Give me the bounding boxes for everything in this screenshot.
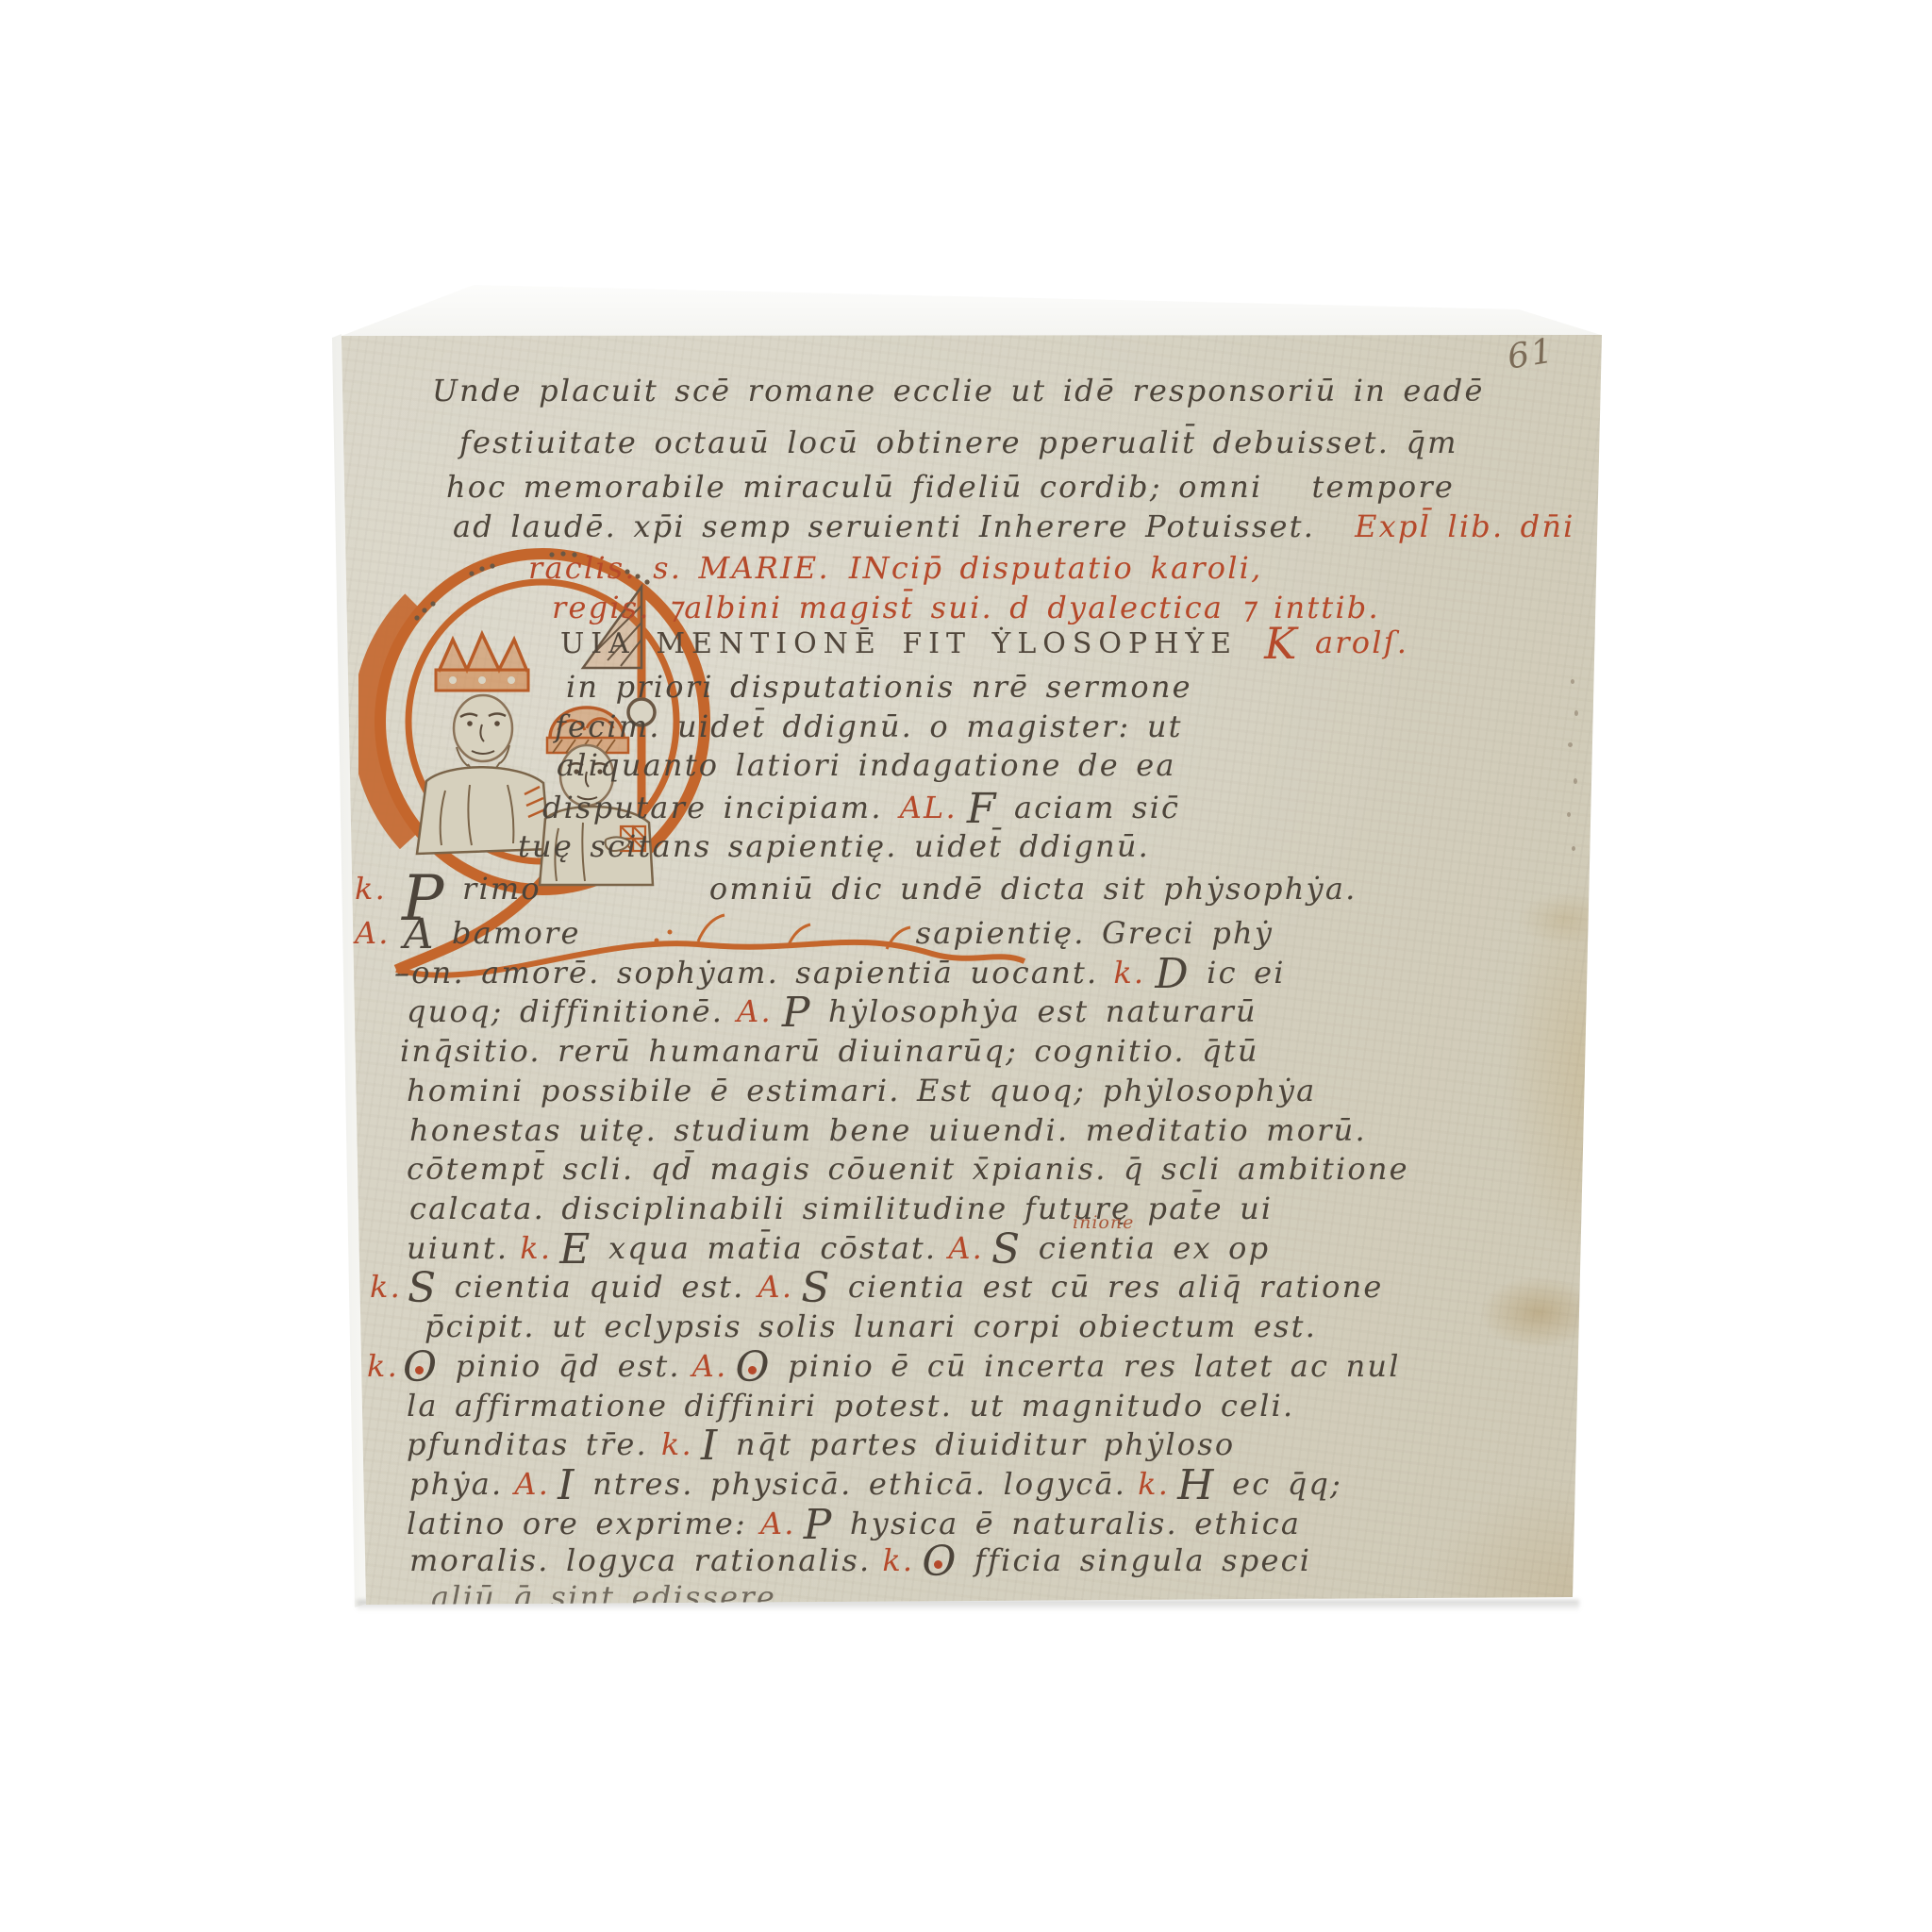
word-gap — [387, 898, 402, 899]
word-gap — [1315, 536, 1355, 537]
rubric-segment: K — [1264, 618, 1299, 669]
text-segment: ic ei — [1207, 955, 1286, 991]
manuscript-line: Unde placuit scē romane ecclie ut idē re… — [432, 372, 1485, 409]
rubric-segment: A. — [737, 993, 773, 1029]
word-gap — [503, 1493, 514, 1494]
rubric-segment: raclis. s. MARIE. — [528, 550, 830, 586]
rubric-segment: INcip̄ disputatio karoli, — [849, 550, 1263, 586]
word-gap — [681, 1375, 692, 1376]
manuscript-line: homini possibile ē estimari. Est quoq; p… — [407, 1072, 1316, 1109]
text-segment: tuę scitans sapientię. uidet̄ ddignū. — [518, 828, 1150, 864]
text-segment: xqua mat̄ia cōstat. — [608, 1230, 937, 1266]
manuscript-line: raclis. s. MARIE.INcip̄ disputatio karol… — [528, 549, 1262, 587]
rubric-segment: A. — [760, 1506, 796, 1541]
rubric-segment: AL. — [900, 790, 958, 825]
rubric-segment: k. — [661, 1426, 693, 1462]
manuscript-line: regis. ⁊albini magist̄ sui. d dyalectica… — [552, 589, 1380, 626]
manuscript-line: k.O pinio q̄d est.A.O pinio ē cū incerta… — [367, 1347, 1401, 1385]
manuscript-line: in priori disputationis nrē sermone — [566, 668, 1192, 706]
manuscript-line: uiunt.k.E xqua mat̄ia cōstat.A.S cientia… — [407, 1229, 1270, 1267]
rubric-segment: A. — [355, 915, 391, 951]
text-segment: festiuitate octauū locū obtinere pperual… — [459, 425, 1458, 460]
stitch-mark — [1567, 812, 1571, 817]
manuscript-line: UIA MENTIONĒ FIT ẎLOSOPHẎEK arolſ. — [560, 624, 1408, 663]
rubric-segment: Expl̄ lib. dn̄i — [1355, 508, 1575, 544]
text-segment: –on. amorē. sophẏam. sapientiā uocant. — [394, 955, 1098, 991]
rubric-segment: k. — [370, 1269, 402, 1305]
manuscript-line: tuę scitans sapientię. uidet̄ ddignū. — [518, 827, 1150, 865]
word-gap — [391, 942, 404, 943]
text-segment: O — [735, 1343, 771, 1391]
text-segment: F — [967, 785, 998, 833]
text-segment: sapientię. Greci phẏ — [916, 915, 1274, 951]
manuscript-line: quoq; diffinitionē.A.P hẏlosophẏa est na… — [407, 992, 1257, 1030]
word-gap — [724, 1021, 737, 1022]
stitch-mark — [1574, 710, 1578, 716]
text-segment: ad laudē. xp̄i semp seruienti Inherere P… — [453, 508, 1315, 544]
stitch-mark — [1574, 778, 1577, 784]
rubric-segment: k. — [882, 1542, 914, 1578]
text-segment: homini possibile ē estimari. Est quoq; p… — [407, 1073, 1316, 1108]
text-segment: inione — [1073, 1212, 1134, 1233]
text-segment: p̄cipit. ut eclypsis solis lunari corpi … — [425, 1308, 1317, 1344]
manuscript-page: 61 — [341, 335, 1602, 1605]
rubric-segment: A. — [692, 1348, 728, 1384]
text-segment: omniū dic undē dicta sit phẏsophẏa. — [709, 871, 1357, 907]
word-gap — [693, 1454, 701, 1455]
word-gap — [541, 898, 709, 899]
manuscript-line: –on. amorē. sophẏam. sapientiā uocant.k.… — [394, 954, 1286, 991]
rubric-segment: A. — [948, 1230, 984, 1266]
stitch-mark — [1568, 742, 1573, 747]
word-gap — [581, 942, 916, 943]
text-segment: hẏlosophẏa est naturarū — [828, 993, 1257, 1029]
text-segment: la affirmatione diffiniri potest. ut mag… — [407, 1388, 1294, 1424]
word-gap — [796, 1533, 804, 1534]
text-segment: O — [922, 1538, 958, 1586]
manuscript-line: phẏa.A.I ntres. physicā. ethicā. logycā.… — [409, 1465, 1342, 1503]
word-gap — [958, 817, 967, 818]
manuscript-line: disputare incipiam.AL.F aciam sic̄ — [542, 789, 1180, 826]
manuscript-line: aliquanto latiori indagatione de ea — [557, 746, 1176, 784]
manuscript-line: ad laudē. xp̄i semp seruienti Inherere P… — [453, 508, 1575, 545]
word-gap — [550, 1493, 558, 1494]
text-segment: fecim. uidet̄ ddignū. o magister: ut — [555, 708, 1183, 744]
manuscript-line: fecim. uidet̄ ddignū. o magister: ut — [555, 708, 1183, 745]
manuscript-line: cōtempt̄ scli. qd̄ magis cōuenit x̄piani… — [407, 1150, 1409, 1188]
cube-top-face — [332, 279, 1602, 338]
manuscript-line: calcata. disciplinabili similitudine fut… — [409, 1190, 1273, 1227]
text-segment: O — [403, 1343, 439, 1391]
word-gap — [793, 1296, 801, 1297]
rubric-segment: A. — [758, 1269, 794, 1305]
text-segment: phẏa. — [409, 1466, 503, 1502]
text-segment: cientia quid est. — [455, 1269, 745, 1305]
word-gap — [830, 577, 849, 578]
rubric-segment: k. — [1138, 1466, 1170, 1502]
manuscript-line: inq̄sitio. rerū humanarū diuinarūq; cogn… — [400, 1032, 1259, 1070]
manuscript-line: honestas uitę. studium bene uiuendi. med… — [409, 1111, 1367, 1149]
text-segment: calcata. disciplinabili similitudine fut… — [409, 1191, 1273, 1226]
word-gap — [1098, 982, 1113, 983]
word-gap — [883, 817, 900, 818]
manuscript-line: moralis. logyca rationalis.k.O fficia si… — [409, 1541, 1311, 1579]
text-segment: latino ore exprime: — [407, 1506, 747, 1541]
folio-number: 61 — [1505, 331, 1557, 376]
word-gap — [984, 1257, 991, 1258]
interlinear-gloss: inione — [1073, 1204, 1134, 1241]
text-segment: I — [558, 1461, 576, 1509]
text-segment: aciam sic̄ — [1014, 790, 1180, 825]
text-segment: honestas uitę. studium bene uiuendi. med… — [409, 1112, 1367, 1148]
text-segment: aliquanto latiori indagatione de ea — [557, 747, 1176, 783]
text-segment: tempore — [1311, 469, 1455, 505]
text-segment: pinio q̄d est. — [456, 1348, 681, 1384]
text-segment: moralis. logyca rationalis. — [409, 1542, 871, 1578]
word-gap — [648, 1454, 661, 1455]
manuscript-line: hoc memorabile miraculū fideliū cordib; … — [446, 468, 1455, 506]
text-segment: E — [559, 1225, 591, 1274]
text-segment: cōtempt̄ scli. qd̄ magis cōuenit x̄piani… — [407, 1151, 1409, 1187]
text-segment: nq̄t partes diuiditur phẏloso — [736, 1426, 1236, 1462]
word-gap — [745, 1296, 758, 1297]
text-segment: quoq; diffinitionē. — [407, 993, 724, 1029]
rubric-segment: regis. ⁊albini magist̄ sui. d dyalectica… — [552, 590, 1380, 625]
text-segment: uiunt. — [407, 1230, 508, 1266]
word-gap — [1126, 1493, 1138, 1494]
text-segment: UIA MENTIONĒ FIT ẎLOSOPHẎE — [560, 627, 1238, 660]
manuscript-line: k.P rimoomniū dic undē dicta sit phẏsoph… — [355, 870, 1357, 908]
text-segment: ntres. physicā. ethicā. logycā. — [592, 1466, 1126, 1502]
stitch-mark — [1572, 846, 1575, 851]
manuscript-line: festiuitate octauū locū obtinere pperual… — [459, 424, 1458, 461]
manuscript-line: latino ore exprime:A.P hysica ē naturali… — [407, 1505, 1301, 1542]
rubric-segment: arolſ. — [1315, 625, 1408, 660]
word-gap — [937, 1257, 948, 1258]
manuscript-line: k.S cientia quid est.A.S cientia est cū … — [370, 1268, 1384, 1306]
text-segment: bamore — [452, 915, 581, 951]
text-segment: rimo — [462, 871, 541, 907]
manuscript-line: A.A bamoresapientię. Greci phẏ — [355, 914, 1274, 952]
manuscript-line: pfunditas tr̄e.k.I nq̄t partes diuiditur… — [407, 1425, 1235, 1463]
text-segment: D — [1155, 950, 1190, 998]
manuscript-line: la affirmatione diffiniri potest. ut mag… — [407, 1387, 1294, 1424]
text-segment: cientia est cū res aliq̄ ratione — [848, 1269, 1384, 1305]
rubric-segment: k. — [355, 871, 387, 907]
word-gap — [1145, 982, 1155, 983]
text-segment: pfunditas tr̄e. — [407, 1426, 648, 1462]
text-segment: inq̄sitio. rerū humanarū diuinarūq; cogn… — [400, 1033, 1259, 1069]
rubric-segment: k. — [520, 1230, 552, 1266]
manuscript-line: p̄cipit. ut eclypsis solis lunari corpi … — [425, 1307, 1317, 1345]
text-segment: S — [801, 1264, 831, 1312]
text-segment: in priori disputationis nrē sermone — [566, 669, 1192, 705]
text-segment: S — [408, 1264, 438, 1312]
text-segment: S — [991, 1225, 1022, 1274]
text-segment: I — [701, 1422, 720, 1470]
word-gap — [1262, 496, 1311, 497]
text-segment: pinio ē cū incerta res latet ac nul — [788, 1348, 1401, 1384]
figure-charlemagne — [417, 634, 549, 854]
rubric-segment: k. — [367, 1348, 399, 1384]
product-mockup-photo: 61 — [0, 0, 1932, 1932]
text-segment: hoc memorabile miraculū fideliū cordib; … — [446, 469, 1262, 505]
text-segment: A — [404, 910, 436, 958]
text-segment: ec q̄q; — [1232, 1466, 1342, 1502]
text-segment: P — [782, 989, 812, 1037]
stitch-mark — [1571, 679, 1574, 684]
word-gap — [747, 1533, 760, 1534]
rubric-segment: A. — [514, 1466, 550, 1502]
word-gap — [1170, 1493, 1177, 1494]
text-segment: disputare incipiam. — [542, 790, 883, 825]
text-segment: hysica ē naturalis. ethica — [850, 1506, 1301, 1541]
word-gap — [508, 1257, 520, 1258]
text-segment: fficia singula speci — [974, 1542, 1311, 1578]
word-gap — [773, 1021, 782, 1022]
text-segment: Unde placuit scē romane ecclie ut idē re… — [432, 373, 1485, 408]
rubric-segment: k. — [1113, 955, 1145, 991]
word-gap — [1238, 652, 1264, 653]
word-gap — [871, 1570, 882, 1571]
text-segment: H — [1177, 1461, 1216, 1509]
